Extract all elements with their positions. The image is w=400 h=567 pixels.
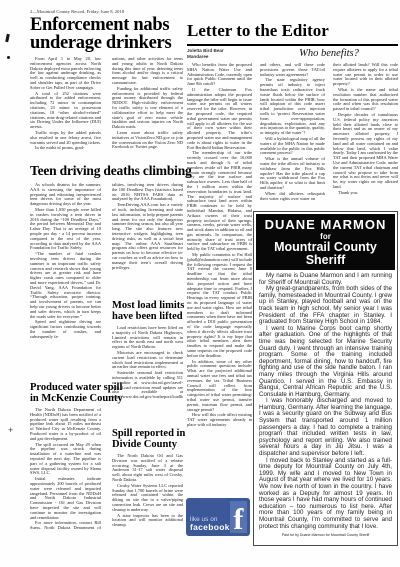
article-column: talities, involving teen drivers during … [112, 183, 183, 295]
headline-produced-water: Produced water spill in McKenzie County [30, 382, 101, 404]
article-column: The North Dakota Department of Health (N… [30, 408, 101, 529]
paragraph: I went to Marine Corps boot camp shortly… [259, 326, 392, 399]
paragraph: How will this code affect existing TAT w… [187, 413, 252, 427]
paragraph: Load restrictions have been lifted on a … [112, 326, 183, 350]
article-column: The North Dakota Oil and Gas Division wa… [112, 454, 183, 538]
headline-enforcement: Enforcement nabs underage drinkers [30, 16, 171, 52]
paragraph: A state inspector has been to the locati… [112, 514, 183, 528]
paragraph: If the Chairman Fox administration adopt… [187, 88, 252, 150]
paragraph: The spill occurred on May 29 when the pi… [30, 443, 101, 477]
paragraph: Learn more about traffic safety initiati… [112, 131, 183, 150]
paragraph: Funding for additional traffic safety en… [112, 87, 183, 130]
left-column-b: talities, involving teen drivers during … [112, 183, 183, 538]
paragraph: Statewide seasonal load restriction info… [112, 371, 183, 400]
paragraph: Motorists are encouraged to check curren… [112, 351, 183, 370]
marmon-ad-name: DUANE MARMON [256, 218, 395, 232]
headline-line: Most load limits [112, 300, 183, 311]
headline-line: Spill reported in [112, 428, 183, 439]
paragraph: My public comments to Pat Hall (phall@mh… [187, 253, 252, 359]
facebook-f-glyph: f [233, 507, 243, 533]
letter-column-1: Who benefits from the proposed MHA Natio… [187, 63, 252, 491]
article-column: uations, and other activities for teens … [112, 57, 183, 161]
letter-subhead: Who benefits? [260, 48, 398, 59]
letter-column-3: their allotted lands? Will this code req… [333, 63, 398, 205]
paragraph: In the midst of proms, grad- [30, 146, 101, 151]
facebook-ad: like us on facebook f [186, 498, 250, 536]
paragraph: TeenDriving.AAA.com has a variety of too… [112, 203, 183, 270]
letter-byline: Joletta Bird Bear Mandaree [187, 48, 224, 59]
marmon-sheriff-ad: DUANE MARMON for Mountrail County Sherif… [253, 211, 398, 546]
paragraph: Who benefits from the proposed MHA Natio… [187, 63, 252, 87]
paragraph: More than 1,050 people were killed in cr… [30, 208, 101, 251]
section-rule [187, 44, 398, 46]
headline-line: Produced water spill [30, 382, 101, 393]
headline-line: underage drinkers [30, 34, 171, 52]
facebook-ad-text: like us on facebook [186, 498, 230, 536]
article-column: Load restrictions have been lifted on a … [112, 326, 183, 422]
headline-line: Divide County [112, 439, 183, 450]
print-crosshair-mark: + [8, 425, 13, 435]
paragraph: I moved back to Stanley and started as a… [259, 458, 392, 531]
paragraph: talities, involving teen drivers during … [112, 183, 183, 202]
paragraph: Initial estimates indicate approximately… [30, 477, 101, 520]
paragraph: As schools dismiss for the summer, AAA i… [30, 183, 101, 207]
headline-divide-spill: Spill reported in Divide County [112, 428, 183, 450]
paragraph: their allotted lands? Will this code req… [333, 63, 398, 87]
marmon-ad-disclaimer: Paid for by Duane Marmon for Mountrail C… [256, 533, 395, 537]
paragraph: Despite decades of tumultuous U.S. feder… [333, 113, 398, 190]
paragraph: What is the name and tribal resolution n… [333, 88, 398, 112]
marmon-ad-office: Sheriff [256, 254, 395, 267]
byline-name: Joletta Bird Bear [187, 48, 224, 54]
article-enforcement-body: From April 1 to May 20, law enforcement … [30, 57, 183, 161]
headline-line: have been lifted [112, 311, 183, 322]
paragraph: In addition, some of my other public com… [187, 360, 252, 413]
paragraph: The state regulatory agency permits oil … [260, 78, 325, 136]
paragraph: Will a hydrological map of all the water… [260, 137, 325, 156]
paragraph: Thank you. [333, 191, 398, 196]
paragraph: The North Dakota Oil and Gas Division wa… [112, 454, 183, 483]
paragraph: From April 1 to May 20, law enforcement … [30, 57, 101, 91]
paragraph: and others, and will these code provisio… [260, 63, 325, 77]
paragraph: I was honorably discharged and moved to … [259, 398, 392, 457]
paragraph: “The number of fatal crashes involving t… [30, 252, 101, 319]
newspaper-page: + 2—Mountrail County Record, Friday, Jun… [0, 0, 400, 567]
marmon-ad-header: DUANE MARMON for Mountrail County Sherif… [256, 214, 395, 270]
paragraph: A total of 252 citations were attributed… [30, 92, 101, 130]
headline-letter-to-editor: Letter to the Editor [187, 22, 329, 39]
paragraph: uations, and other activities for teens … [112, 57, 183, 86]
facebook-ad-line2: facebook [190, 523, 230, 532]
headline-line: in McKenzie County [30, 393, 101, 404]
print-mark [5, 34, 10, 42]
byline-town: Mandaree [187, 54, 224, 60]
article-column: As schools dismiss for the summer, AAA i… [30, 183, 101, 374]
paragraph: Speed and nighttime driving are signific… [30, 320, 101, 339]
paragraph: The North Dakota Department of Health (N… [30, 408, 101, 442]
paragraph: When did allottees relinquish their wate… [260, 192, 325, 202]
masthead-folio: 2—Mountrail County Record, Friday, June … [30, 9, 124, 14]
paragraph: My great-grandparents, from both sides o… [259, 286, 392, 326]
article-column: From April 1 to May 20, law enforcement … [30, 57, 101, 161]
paragraph: The membership of our tribe recently cro… [187, 151, 252, 252]
letter-column-2: and others, and will these code provisio… [260, 63, 325, 207]
paragraph: Crosby Water Systems LLC reported Sunday… [112, 484, 183, 513]
print-mark [7, 56, 10, 59]
left-column-a: As schools dismiss for the summer, AAA i… [30, 183, 101, 529]
paragraph: What is the annual volume of water the t… [260, 157, 325, 191]
headline-load-limits: Most load limits have been lifted [112, 300, 183, 322]
paragraph: Traffic stops by the added patrols also … [30, 131, 101, 145]
paragraph: For more information, contact Bill Suess… [30, 521, 101, 529]
headline-teen-driving: Teen driving deaths climbing [30, 164, 192, 178]
facebook-f-icon: f [230, 501, 247, 533]
marmon-ad-body: My name is Duane Marmon and I am running… [256, 270, 395, 531]
headline-line: Enforcement nabs [30, 16, 171, 34]
